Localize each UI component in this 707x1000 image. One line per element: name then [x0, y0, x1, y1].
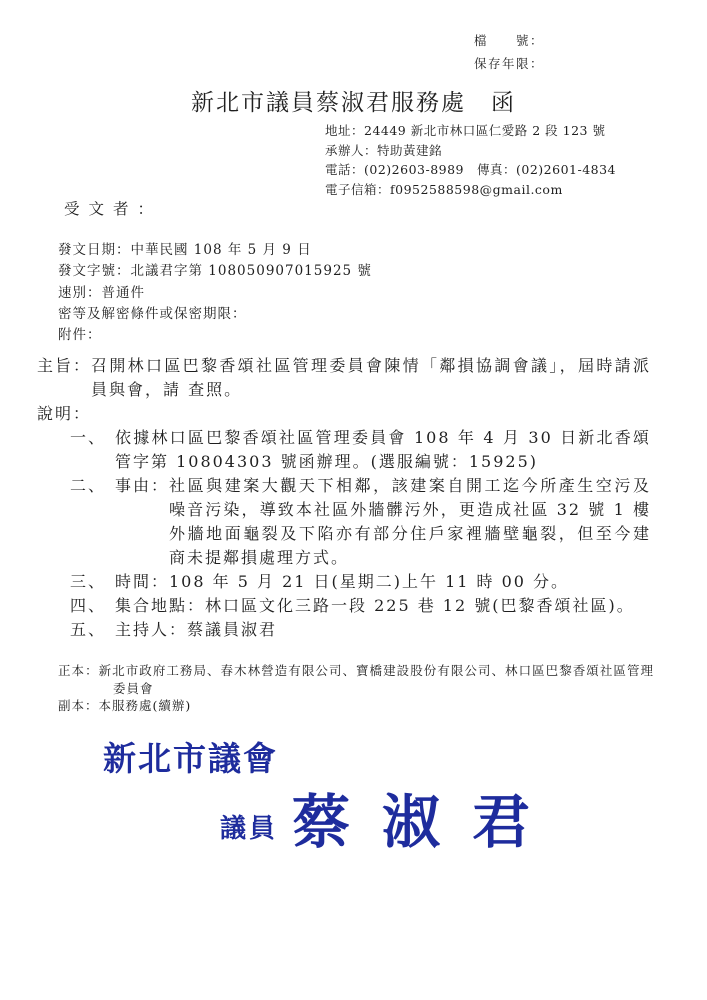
- letter-body: 主旨： 召開林口區巴黎香頌社區管理委員會陳情「鄰損協調會議」，屆時請派員與會，請…: [37, 354, 651, 642]
- council-stamp-text: 新北市議會: [103, 733, 278, 780]
- subject-label: 主旨：: [37, 354, 91, 402]
- explanation-item-2: 二、 事由： 社區與建案大觀天下相鄰，該建案自開工迄今所產生空污及噪音污染，導致…: [37, 474, 651, 570]
- retention-period-label: 保存年限：: [474, 52, 544, 75]
- item-text: 主持人：蔡議員淑君: [115, 618, 651, 642]
- explanation-label: 說明：: [37, 402, 651, 426]
- explanation-item-5: 五、 主持人：蔡議員淑君: [37, 618, 651, 642]
- item-text: 依據林口區巴黎香頌社區管理委員會 108 年 4 月 30 日新北香頌管字第 1…: [115, 426, 651, 474]
- explanation-item-1: 一、 依據林口區巴黎香頌社區管理委員會 108 年 4 月 30 日新北香頌管字…: [37, 426, 651, 474]
- cc-copy-line: 副本：本服務處(續辦): [58, 697, 654, 715]
- speed-class-line: 速別：普通件: [58, 283, 372, 304]
- explanation-item-4: 四、 集合地點：林口區文化三路一段 225 巷 12 號(巴黎香頌社區)。: [37, 594, 651, 618]
- file-number-block: 檔 號： 保存年限：: [474, 29, 544, 75]
- item-number: 五、: [70, 618, 115, 642]
- official-letter-page: 檔 號： 保存年限： 新北市議員蔡淑君服務處 函 地址：24449 新北市林口區…: [0, 0, 707, 1000]
- doc-number-line: 發文字號：北議君字第 108050907015925 號: [58, 261, 372, 282]
- subject-line: 主旨： 召開林口區巴黎香頌社區管理委員會陳情「鄰損協調會議」，屆時請派員與會，請…: [37, 354, 651, 402]
- item-number: 一、: [70, 426, 115, 474]
- item-number: 二、: [70, 474, 115, 570]
- distribution-block: 正本：新北市政府工務局、春木林營造有限公司、寶橋建設股份有限公司、林口區巴黎香頌…: [58, 662, 654, 715]
- sender-email: 電子信箱：f0952588598@gmail.com: [325, 180, 616, 200]
- subject-text: 召開林口區巴黎香頌社區管理委員會陳情「鄰損協調會議」，屆時請派員與會，請 查照。: [91, 354, 651, 402]
- sender-info-block: 地址：24449 新北市林口區仁愛路 2 段 123 號 承辦人：特助黃建銘 電…: [325, 121, 616, 199]
- recipient-label: 受文者：: [64, 197, 162, 219]
- item-text: 社區與建案大觀天下相鄰，該建案自開工迄今所產生空污及噪音污染，導致本社區外牆髒污…: [169, 474, 651, 570]
- item-text: 時間：108 年 5 月 21 日(星期二)上午 11 時 00 分。: [115, 570, 651, 594]
- issue-date-line: 發文日期：中華民國 108 年 5 月 9 日: [58, 240, 372, 261]
- councilor-title: 議員: [220, 808, 278, 845]
- original-copy-line: 正本：新北市政府工務局、春木林營造有限公司、寶橋建設股份有限公司、林口區巴黎香頌…: [58, 662, 654, 697]
- item-label: 事由：: [115, 474, 169, 570]
- councilor-name-signature: 蔡淑君: [292, 788, 562, 858]
- item-number: 四、: [70, 594, 115, 618]
- explanation-item-3: 三、 時間：108 年 5 月 21 日(星期二)上午 11 時 00 分。: [37, 570, 651, 594]
- attachment-line: 附件：: [58, 325, 372, 346]
- document-meta-block: 發文日期：中華民國 108 年 5 月 9 日 發文字號：北議君字第 10805…: [58, 240, 372, 346]
- document-title: 新北市議員蔡淑君服務處 函: [0, 84, 707, 117]
- security-class-line: 密等及解密條件或保密期限：: [58, 304, 372, 325]
- item-text: 集合地點：林口區文化三路一段 225 巷 12 號(巴黎香頌社區)。: [115, 594, 651, 618]
- item-number: 三、: [70, 570, 115, 594]
- councilor-signature: 議員 蔡淑君: [220, 788, 562, 858]
- sender-handler: 承辦人：特助黃建銘: [325, 141, 616, 161]
- sender-address: 地址：24449 新北市林口區仁愛路 2 段 123 號: [325, 121, 616, 141]
- file-number-label: 檔 號：: [474, 29, 544, 52]
- sender-phone-fax: 電話：(02)2603-8989 傳真：(02)2601-4834: [325, 160, 616, 180]
